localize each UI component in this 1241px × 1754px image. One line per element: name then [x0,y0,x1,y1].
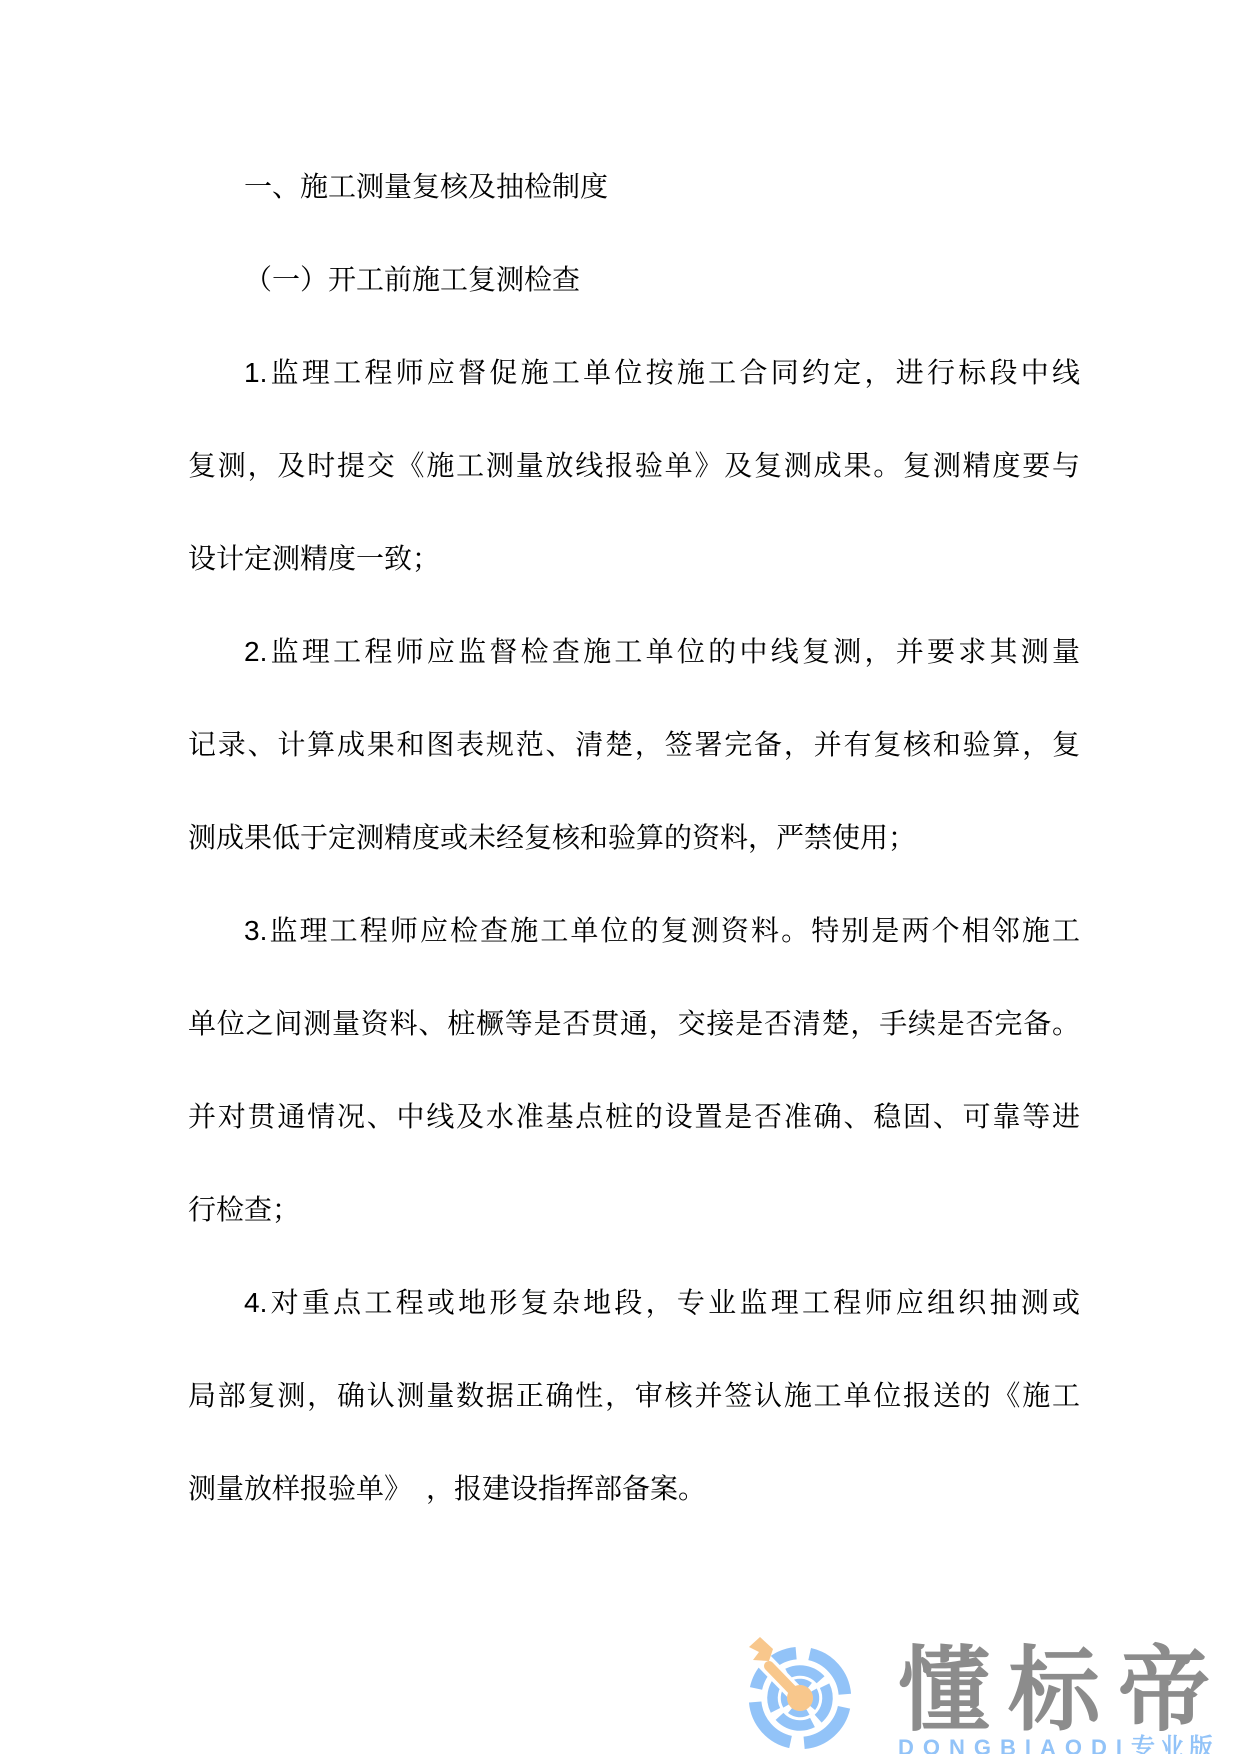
paragraph-line: 测成果低于定测精度或未经复核和验算的资料，严禁使用； [188,791,1080,884]
paragraph-line: 记录、计算成果和图表规范、清楚，签署完备，并有复核和验算，复 [188,698,1080,791]
watermark-edition: 专业版 [1131,1734,1218,1754]
watermark-brand-text: 懂标帝 [898,1645,1228,1737]
dart-head [787,1685,813,1711]
target-rings [747,1645,854,1752]
paragraph-line: 复测，及时提交《施工测量放线报验单》及复测成果。复测精度要与 [188,419,1080,512]
paragraph-line: 2.监理工程师应监督检查施工单位的中线复测，并要求其测量 [188,605,1080,698]
watermark-subline: DONGBIAODI专业版 [898,1727,1218,1754]
watermark-pinyin: DONGBIAODI [898,1735,1131,1754]
document-page: 一、施工测量复核及抽检制度（一）开工前施工复测检查1.监理工程师应督促施工单位按… [0,0,1241,1754]
paragraph-line: 测量放样报验单》 ，报建设指挥部备案。 [188,1442,1080,1535]
paragraph-line: 设计定测精度一致； [188,512,1080,605]
paragraph-line: 4.对重点工程或地形复杂地段，专业监理工程师应组织抽测或 [188,1256,1080,1349]
paragraph-line: 局部复测，确认测量数据正确性，审核并签认施工单位报送的《施工 [188,1349,1080,1442]
paragraph-line: 并对贯通情况、中线及水准基点桩的设置是否准确、稳固、可靠等进 [188,1070,1080,1163]
document-heading: 一、施工测量复核及抽检制度 [188,140,1080,233]
paragraph-line: 1.监理工程师应督促施工单位按施工合同约定，进行标段中线 [188,326,1080,419]
document-subheading: （一）开工前施工复测检查 [188,233,1080,326]
paragraph-line: 3.监理工程师应检查施工单位的复测资料。特别是两个相邻施工 [188,884,1080,977]
dart [749,1637,813,1711]
paragraph-line: 单位之间测量资料、桩橛等是否贯通，交接是否清楚，手续是否完备。 [188,977,1080,1070]
paragraph-line: 行检查； [188,1163,1080,1256]
document-text: 一、施工测量复核及抽检制度（一）开工前施工复测检查1.监理工程师应督促施工单位按… [188,140,1080,1535]
dongbiaodi-logo-icon [740,1630,864,1754]
dart-fletching [749,1637,773,1661]
